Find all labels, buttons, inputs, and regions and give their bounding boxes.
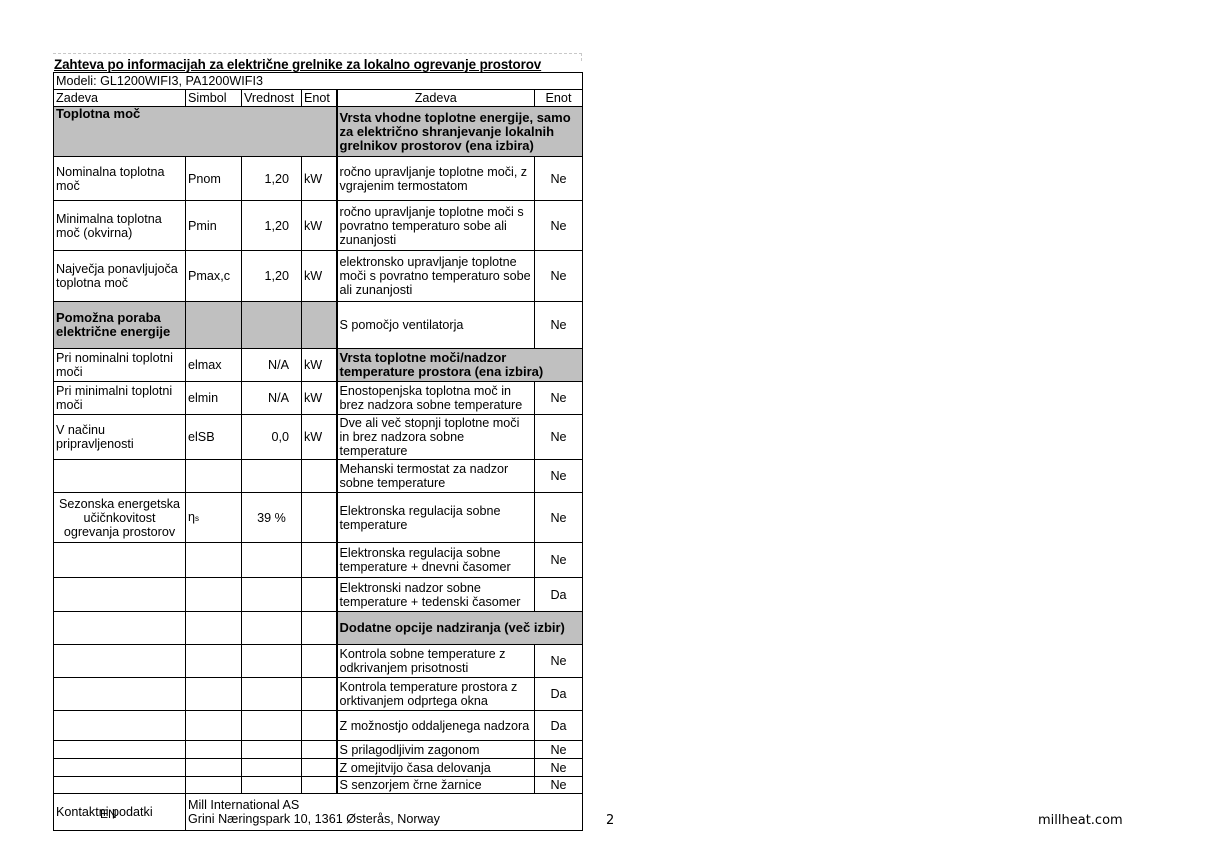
option-label: S pomočjo ventilatorja (337, 302, 535, 349)
row-label: Minimalna toplotna moč (okvirna) (54, 201, 186, 251)
row-symbol: elSB (186, 415, 242, 460)
option-label: S prilagodljivim zagonom (337, 741, 535, 759)
option-label: Z omejitvijo časa delovanja (337, 759, 535, 777)
header-row: Zadeva Simbol Vrednost Enot Zadeva Enot (54, 90, 583, 107)
empty-cell (186, 741, 242, 759)
empty-cell (242, 759, 302, 777)
section-input-type: Vrsta vhodne toplotne energije, samo za … (337, 107, 583, 157)
empty-cell (54, 711, 186, 741)
website-link[interactable]: millheat.com (1038, 813, 1123, 828)
row-label: Pri minimalni toplotni moči (54, 382, 186, 415)
row-symbol: Pmax,c (186, 251, 242, 302)
row-symbol: ηs (186, 493, 242, 543)
row-label: Pri nominalni toplotni moči (54, 349, 186, 382)
row-unit: kW (302, 349, 337, 382)
empty-cell (242, 741, 302, 759)
empty-cell (302, 645, 337, 678)
table-row: S prilagodljivim zagonom Ne (54, 741, 583, 759)
table-row: Minimalna toplotna moč (okvirna) Pmin 1,… (54, 201, 583, 251)
table-row: Z možnostjo oddaljenega nadzora Da (54, 711, 583, 741)
option-label: ročno upravljanje toplotne moči s povrat… (337, 201, 535, 251)
header-enot: Enot (302, 90, 337, 107)
empty-cell (242, 678, 302, 711)
section-output-type: Vrsta toplotne moči/nadzor temperature p… (337, 349, 583, 382)
table-row: Sezonska energetska učičnkovitost ogreva… (54, 493, 583, 543)
product-info-table: Modeli: GL1200WIFI3, PA1200WIFI3 Zadeva … (53, 72, 583, 831)
row-symbol: Pmin (186, 201, 242, 251)
header-simbol: Simbol (186, 90, 242, 107)
empty-cell (186, 578, 242, 612)
empty-cell (186, 612, 242, 645)
contact-row: Kontaktni podatki EN Mill International … (54, 794, 583, 831)
page-number: 2 (606, 813, 614, 828)
header-vrednost: Vrednost (242, 90, 302, 107)
empty-cell (302, 460, 337, 493)
row-symbol: elmax (186, 349, 242, 382)
row-value: N/A (242, 349, 302, 382)
models-cell: Modeli: GL1200WIFI3, PA1200WIFI3 (54, 73, 583, 90)
empty-cell (186, 543, 242, 578)
option-value: Ne (535, 741, 583, 759)
option-value: Da (535, 578, 583, 612)
empty-cell (186, 645, 242, 678)
header-zadeva: Zadeva (54, 90, 186, 107)
empty-cell (242, 460, 302, 493)
option-value: Ne (535, 493, 583, 543)
table-row: Največja ponavljujoča toplotna moč Pmax,… (54, 251, 583, 302)
empty-cell (54, 645, 186, 678)
option-value: Ne (535, 460, 583, 493)
row-value: 0,0 (242, 415, 302, 460)
contact-label-cell: Kontaktni podatki EN (54, 794, 186, 831)
row-unit: kW (302, 382, 337, 415)
empty-cell (54, 741, 186, 759)
option-label: Dve ali več stopnji toplotne moči in bre… (337, 415, 535, 460)
section-heat-output: Toplotna moč (54, 107, 337, 157)
row-value: 1,20 (242, 251, 302, 302)
language-marker: EN (100, 807, 117, 821)
row-label: Sezonska energetska učičnkovitost ogreva… (54, 493, 186, 543)
empty-cell (302, 759, 337, 777)
page-margin-guide-right (581, 53, 582, 61)
option-label: Enostopenjska toplotna moč in brez nadzo… (337, 382, 535, 415)
option-value: Ne (535, 302, 583, 349)
table-row: Kontrola sobne temperature z odkrivanjem… (54, 645, 583, 678)
option-value: Ne (535, 201, 583, 251)
empty-cell (242, 612, 302, 645)
row-label: V načinu pripravljenosti (54, 415, 186, 460)
eta-subscript: s (195, 514, 199, 523)
empty-cell (302, 302, 337, 349)
contact-company: Mill International AS (188, 798, 580, 812)
empty-cell (54, 543, 186, 578)
row-unit: kW (302, 415, 337, 460)
row-value: N/A (242, 382, 302, 415)
option-value: Da (535, 711, 583, 741)
option-label: Elektronska regulacija sobne temperature (337, 493, 535, 543)
empty-cell (186, 711, 242, 741)
section-aux-power: Pomožna poraba električne energije (54, 302, 186, 349)
row-symbol: elmin (186, 382, 242, 415)
table-row: Z omejitvijo časa delovanja Ne (54, 759, 583, 777)
option-label: S senzorjem črne žarnice (337, 777, 535, 794)
empty-cell (54, 777, 186, 794)
empty-cell (186, 759, 242, 777)
section-row-extra-options: Dodatne opcije nadziranja (več izbir) (54, 612, 583, 645)
contact-info: Mill International AS Grini Næringspark … (186, 794, 583, 831)
option-value: Ne (535, 759, 583, 777)
row-unit: kW (302, 251, 337, 302)
empty-cell (54, 759, 186, 777)
option-label: Z možnostjo oddaljenega nadzora (337, 711, 535, 741)
option-label: Elektronska regulacija sobne temperature… (337, 543, 535, 578)
empty-cell (302, 711, 337, 741)
row-label: Nominalna toplotna moč (54, 157, 186, 201)
empty-cell (54, 460, 186, 493)
row-value: 1,20 (242, 201, 302, 251)
row-value: 1,20 (242, 157, 302, 201)
empty-cell (242, 711, 302, 741)
table-row: Elektronski nadzor sobne temperature + t… (54, 578, 583, 612)
empty-cell (302, 741, 337, 759)
table-row: Kontrola temperature prostora z orktivan… (54, 678, 583, 711)
empty-cell (242, 302, 302, 349)
row-symbol: Pnom (186, 157, 242, 201)
row-label: Največja ponavljujoča toplotna moč (54, 251, 186, 302)
row-unit (302, 493, 337, 543)
empty-cell (54, 578, 186, 612)
empty-cell (186, 460, 242, 493)
row-value: 39 % (242, 493, 302, 543)
option-value: Ne (535, 543, 583, 578)
section-extra-options: Dodatne opcije nadziranja (več izbir) (337, 612, 583, 645)
option-value: Ne (535, 777, 583, 794)
empty-cell (186, 777, 242, 794)
empty-cell (302, 612, 337, 645)
page-margin-guide (53, 53, 582, 54)
option-label: elektronsko upravljanje toplotne moči s … (337, 251, 535, 302)
header-enot-right: Enot (535, 90, 583, 107)
empty-cell (242, 543, 302, 578)
eta-symbol: η (188, 510, 195, 524)
models-row: Modeli: GL1200WIFI3, PA1200WIFI3 (54, 73, 583, 90)
empty-cell (302, 578, 337, 612)
row-unit: kW (302, 157, 337, 201)
empty-cell (242, 578, 302, 612)
table-row: Pri nominalni toplotni moči elmax N/A kW… (54, 349, 583, 382)
option-label: ročno upravljanje toplotne moči, z vgraj… (337, 157, 535, 201)
option-label: Kontrola sobne temperature z odkrivanjem… (337, 645, 535, 678)
table-row: Elektronska regulacija sobne temperature… (54, 543, 583, 578)
table-row: Nominalna toplotna moč Pnom 1,20 kW ročn… (54, 157, 583, 201)
option-label: Kontrola temperature prostora z orktivan… (337, 678, 535, 711)
option-value: Da (535, 678, 583, 711)
option-value: Ne (535, 251, 583, 302)
empty-cell (242, 645, 302, 678)
empty-cell (186, 678, 242, 711)
table-row: S senzorjem črne žarnice Ne (54, 777, 583, 794)
empty-cell (302, 777, 337, 794)
option-label: Mehanski termostat za nadzor sobne tempe… (337, 460, 535, 493)
table-row: Mehanski termostat za nadzor sobne tempe… (54, 460, 583, 493)
contact-address: Grini Næringspark 10, 1361 Østerås, Norw… (188, 812, 580, 826)
empty-cell (186, 302, 242, 349)
table-row: V načinu pripravljenosti elSB 0,0 kW Dve… (54, 415, 583, 460)
option-value: Ne (535, 645, 583, 678)
option-value: Ne (535, 157, 583, 201)
row-unit: kW (302, 201, 337, 251)
empty-cell (302, 543, 337, 578)
option-label: Elektronski nadzor sobne temperature + t… (337, 578, 535, 612)
option-value: Ne (535, 415, 583, 460)
option-value: Ne (535, 382, 583, 415)
empty-cell (242, 777, 302, 794)
header-zadeva-right: Zadeva (337, 90, 535, 107)
empty-cell (54, 678, 186, 711)
section-row-heat-output: Toplotna moč Vrsta vhodne toplotne energ… (54, 107, 583, 157)
section-row-aux-power: Pomožna poraba električne energije S pom… (54, 302, 583, 349)
table-row: Pri minimalni toplotni moči elmin N/A kW… (54, 382, 583, 415)
empty-cell (302, 678, 337, 711)
document-title: Zahteva po informacijah za električne gr… (54, 57, 541, 72)
empty-cell (54, 612, 186, 645)
